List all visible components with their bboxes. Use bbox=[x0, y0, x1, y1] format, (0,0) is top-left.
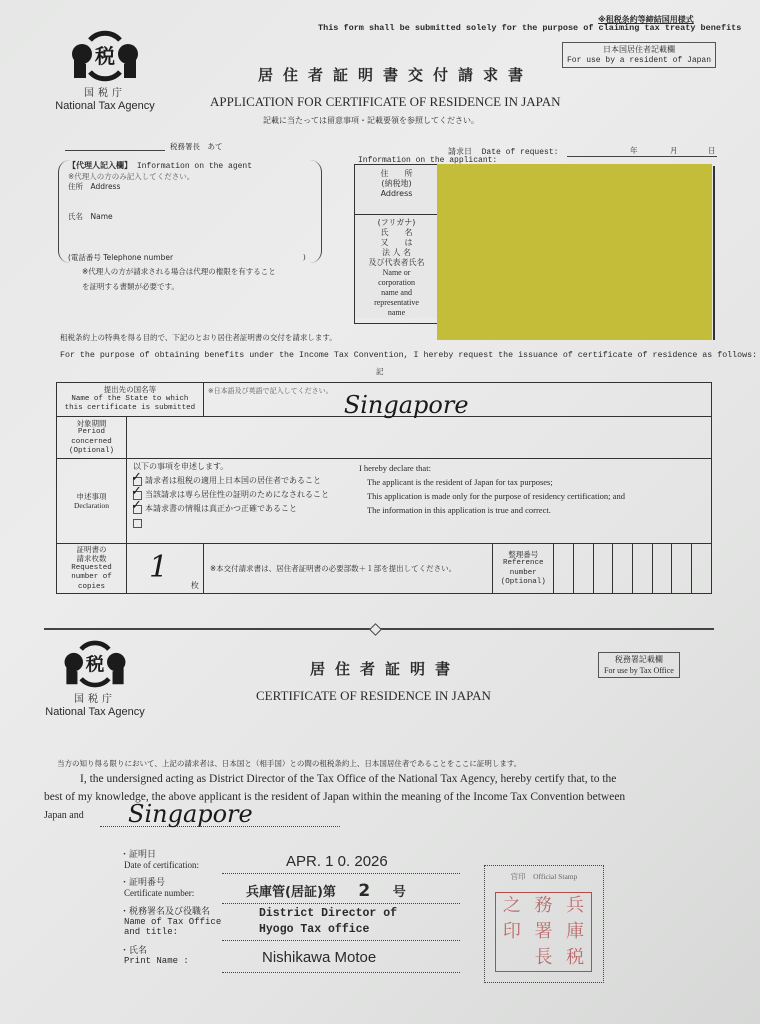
label-line: 提出先の国名等 bbox=[57, 385, 203, 395]
date-request-field[interactable] bbox=[567, 156, 717, 157]
declaration-item-en: This application is made only for the pu… bbox=[367, 491, 625, 501]
label-line: number bbox=[493, 569, 553, 579]
state-label: 提出先の国名等Name of the State to whichthis ce… bbox=[57, 383, 204, 417]
label-line: name bbox=[355, 308, 438, 318]
seal-char: 長 bbox=[528, 945, 560, 971]
period-field[interactable] bbox=[126, 417, 711, 459]
applicant-right-border bbox=[713, 166, 715, 340]
label-line: Reference bbox=[493, 559, 553, 569]
reference-cell[interactable] bbox=[613, 544, 633, 594]
certification-text-jp: 当方の知り得る限りにおいて、上記の請求者は、日本国と（相手国）との間の租税条約上… bbox=[57, 758, 521, 769]
stamp-label: 官印 Official Stamp bbox=[485, 871, 603, 882]
cert-date-label: ・証明日 Date of certification: bbox=[120, 850, 199, 870]
label-line: (Optional) bbox=[493, 578, 553, 588]
nta-logo-2: 税 国税庁 National Tax Agency bbox=[40, 640, 150, 718]
cert-office-label: ・税務署名及び役職名 Name of Tax Office and title: bbox=[120, 907, 221, 937]
state-field[interactable]: ※日本語及び英語で記入してください。 Singapore bbox=[203, 383, 711, 417]
label-line: Address bbox=[355, 189, 438, 199]
logo-glyph: 税 bbox=[94, 44, 115, 68]
reference-cell[interactable] bbox=[652, 544, 672, 594]
application-title-jp: 居住者証明書交付請求書 bbox=[258, 64, 533, 85]
addressee-label: 税務署長 あて bbox=[170, 141, 223, 152]
tax-office-field[interactable] bbox=[65, 150, 165, 151]
request-text-jp: 租税条約上の特典を得る目的で、下記のとおり居住者証明書の交付を請求します。 bbox=[60, 332, 337, 343]
nta-logo: 税 国税庁 National Tax Agency bbox=[50, 30, 160, 112]
certification-text-en-3: Japan and bbox=[44, 807, 84, 824]
label-line: corporation bbox=[355, 278, 438, 288]
agent-heading: 【代理人記入欄】 Information on the agent bbox=[68, 160, 252, 171]
agent-phone-label[interactable]: (電話番号 Telephone number bbox=[68, 252, 173, 263]
cert-number-label: ・証明番号 Certificate number: bbox=[120, 878, 194, 898]
declaration-item-jp: 当該請求は専ら居住性の証明のためになされること bbox=[145, 489, 329, 500]
agent-footnote-2: を証明する書類が必要です。 bbox=[82, 281, 179, 292]
cert-date-field[interactable] bbox=[222, 873, 460, 874]
state-value: Singapore bbox=[344, 391, 469, 419]
checkmark-icon: ✓ bbox=[131, 484, 142, 499]
resident-use-box: 日本国居住者記載欄 For use by a resident of Japan bbox=[562, 42, 716, 68]
label-line: Name of the State to which bbox=[57, 395, 203, 405]
label-line: 請求枚数 bbox=[57, 554, 126, 564]
agent-phone-close: ) bbox=[303, 252, 306, 261]
label-line: 申述事項 bbox=[57, 492, 126, 502]
declaration-intro-jp: 以下の事項を申述します。 bbox=[133, 461, 228, 472]
checkmark-icon: ✓ bbox=[131, 498, 142, 513]
period-row: 対象期間Periodconcerned(Optional) bbox=[57, 417, 712, 459]
official-stamp-box: 官印 Official Stamp 兵庫税務署長之印 bbox=[484, 865, 604, 983]
tax-office-use-box: 税務署記載欄 For use by Tax Office bbox=[598, 652, 680, 678]
label-line: (フリガナ) bbox=[355, 218, 438, 228]
label-line: 氏 名 bbox=[355, 228, 438, 238]
label-line: name and bbox=[355, 288, 438, 298]
reference-cell[interactable] bbox=[593, 544, 613, 594]
label-line: Declaration bbox=[57, 501, 126, 511]
certificate-title-jp: 居住者証明書 bbox=[310, 658, 460, 679]
resident-box-en: For use by a resident of Japan bbox=[567, 55, 711, 66]
label-line: 住 所 bbox=[355, 169, 438, 179]
ki-label: 記 bbox=[376, 366, 384, 377]
label-line: this certificate is submitted bbox=[57, 404, 203, 414]
label-line: (納税地) bbox=[355, 179, 438, 189]
label-line: number of bbox=[57, 573, 126, 583]
reference-cell[interactable] bbox=[633, 544, 653, 594]
declaration-item-en: The information in this application is t… bbox=[367, 505, 551, 515]
label-line: 又 は bbox=[355, 238, 438, 248]
label-line: (Optional) bbox=[57, 447, 126, 457]
declaration-checkbox[interactable] bbox=[133, 519, 142, 528]
label-line: 及び代表者氏名 bbox=[355, 258, 438, 268]
divider-diamond-icon bbox=[369, 623, 382, 636]
office-box-en: For use by Tax Office bbox=[604, 665, 674, 676]
cert-number-field[interactable] bbox=[222, 903, 460, 904]
reference-cell[interactable] bbox=[672, 544, 692, 594]
label-line: 整理番号 bbox=[493, 550, 553, 560]
cert-office-field[interactable] bbox=[222, 940, 460, 941]
declaration-row: 申述事項Declaration 以下の事項を申述します。 I hereby de… bbox=[57, 459, 712, 544]
partner-country-value: Singapore bbox=[128, 800, 253, 828]
logo-name-en: National Tax Agency bbox=[40, 706, 150, 718]
label-line: 法 人 名 bbox=[355, 248, 438, 258]
copies-row: 証明書の請求枚数Requestednumber ofcopies 1 枚 ※本交… bbox=[57, 544, 712, 594]
label-line: 証明書の bbox=[57, 545, 126, 555]
copies-label: 証明書の請求枚数Requestednumber ofcopies bbox=[57, 544, 127, 594]
cert-name-field[interactable] bbox=[222, 972, 460, 973]
copies-note: ※本交付請求書は、居住者証明書の必要部数＋１部を提出してください。 bbox=[203, 544, 492, 594]
nta-emblem-icon: 税 bbox=[70, 30, 140, 82]
applicant-name-label: (フリガナ)氏 名又 は法 人 名及び代表者氏名Name orcorporati… bbox=[355, 215, 438, 318]
seal-char: 署 bbox=[528, 919, 560, 945]
official-seal: 兵庫税務署長之印 bbox=[495, 892, 592, 972]
checkmark-icon: ✓ bbox=[131, 470, 142, 485]
label-line: Period bbox=[57, 428, 126, 438]
logo-name-en: National Tax Agency bbox=[50, 100, 160, 112]
period-label: 対象期間Periodconcerned(Optional) bbox=[57, 417, 127, 459]
copies-unit: 枚 bbox=[191, 580, 199, 591]
seal-char: 庫 bbox=[559, 919, 591, 945]
declaration-field: 以下の事項を申述します。 I hereby declare that: ✓請求者… bbox=[126, 459, 711, 544]
form-purpose-note: This form shall be submitted solely for … bbox=[318, 23, 741, 33]
cert-date-value: APR. 1 0. 2026 bbox=[286, 853, 388, 870]
seal-char: 税 bbox=[559, 945, 591, 971]
copies-field[interactable]: 1 枚 bbox=[126, 544, 203, 594]
cert-number-value: 兵庫管(居証)第 2 号 bbox=[246, 881, 406, 901]
certificate-title-en: CERTIFICATE OF RESIDENCE IN JAPAN bbox=[256, 688, 491, 704]
label-line: 対象期間 bbox=[57, 419, 126, 429]
nta-emblem-icon: 税 bbox=[60, 640, 130, 688]
label-line: Name or bbox=[355, 268, 438, 278]
resident-box-jp: 日本国居住者記載欄 bbox=[567, 44, 711, 55]
application-title-en: APPLICATION FOR CERTIFICATE OF RESIDENCE… bbox=[210, 94, 561, 110]
reference-label: 整理番号Referencenumber(Optional) bbox=[493, 544, 554, 594]
day-label: 日 bbox=[708, 145, 716, 156]
applicant-redacted-info bbox=[437, 164, 712, 340]
month-label: 月 bbox=[670, 145, 678, 156]
declaration-item-en: The applicant is the resident of Japan f… bbox=[367, 477, 553, 487]
copies-value: 1 bbox=[149, 550, 168, 585]
agent-footnote-1: ※代理人の方が請求される場合は代理の権限を有すること bbox=[82, 266, 276, 277]
logo-glyph: 税 bbox=[85, 653, 105, 675]
declaration-intro-en: I hereby declare that: bbox=[359, 463, 431, 473]
cert-name-value: Nishikawa Motoe bbox=[262, 949, 376, 966]
seal-char: 之 bbox=[496, 893, 528, 919]
cert-name-label: ・氏名 Print Name : bbox=[120, 946, 189, 966]
seal-char: 印 bbox=[496, 919, 528, 945]
applicant-address-label: 住 所(納税地)Address bbox=[355, 165, 438, 215]
seal-char: 務 bbox=[528, 893, 560, 919]
label-line: copies bbox=[57, 583, 126, 593]
state-row: 提出先の国名等Name of the State to whichthis ce… bbox=[57, 383, 712, 417]
cert-office-value: District Director of Hyogo Tax office bbox=[259, 906, 397, 938]
reference-cell[interactable] bbox=[692, 544, 712, 594]
year-label: 年 bbox=[630, 145, 638, 156]
reference-cell[interactable] bbox=[573, 544, 593, 594]
instruction-note: 記載に当たっては留意事項・記載要領を参照してください。 bbox=[263, 115, 479, 126]
office-box-jp: 税務署記載欄 bbox=[604, 654, 674, 665]
declaration-item-jp: 請求者は租税の適用上日本国の居住者であること bbox=[145, 475, 321, 486]
declaration-label: 申述事項Declaration bbox=[57, 459, 127, 544]
agent-address-label[interactable]: 住所 Address bbox=[68, 181, 120, 192]
logo-name-jp: 国税庁 bbox=[40, 690, 150, 705]
declaration-item-jp: 本請求書の情報は真正かつ正確であること bbox=[145, 503, 297, 514]
label-line: representative bbox=[355, 298, 438, 308]
agent-name-label[interactable]: 氏名 Name bbox=[68, 211, 113, 222]
request-text-en: For the purpose of obtaining benefits un… bbox=[60, 351, 757, 360]
certification-text-en-1: I, the undersigned acting as District Di… bbox=[80, 771, 616, 788]
applicant-labels: 住 所(納税地)Address (フリガナ)氏 名又 は法 人 名及び代表者氏名… bbox=[354, 164, 439, 324]
seal-char: 兵 bbox=[559, 893, 591, 919]
logo-name-jp: 国税庁 bbox=[50, 84, 160, 99]
application-form-table: 提出先の国名等Name of the State to whichthis ce… bbox=[56, 382, 712, 594]
label-line: Requested bbox=[57, 564, 126, 574]
label-line: concerned bbox=[57, 438, 126, 448]
reference-cell[interactable] bbox=[554, 544, 574, 594]
